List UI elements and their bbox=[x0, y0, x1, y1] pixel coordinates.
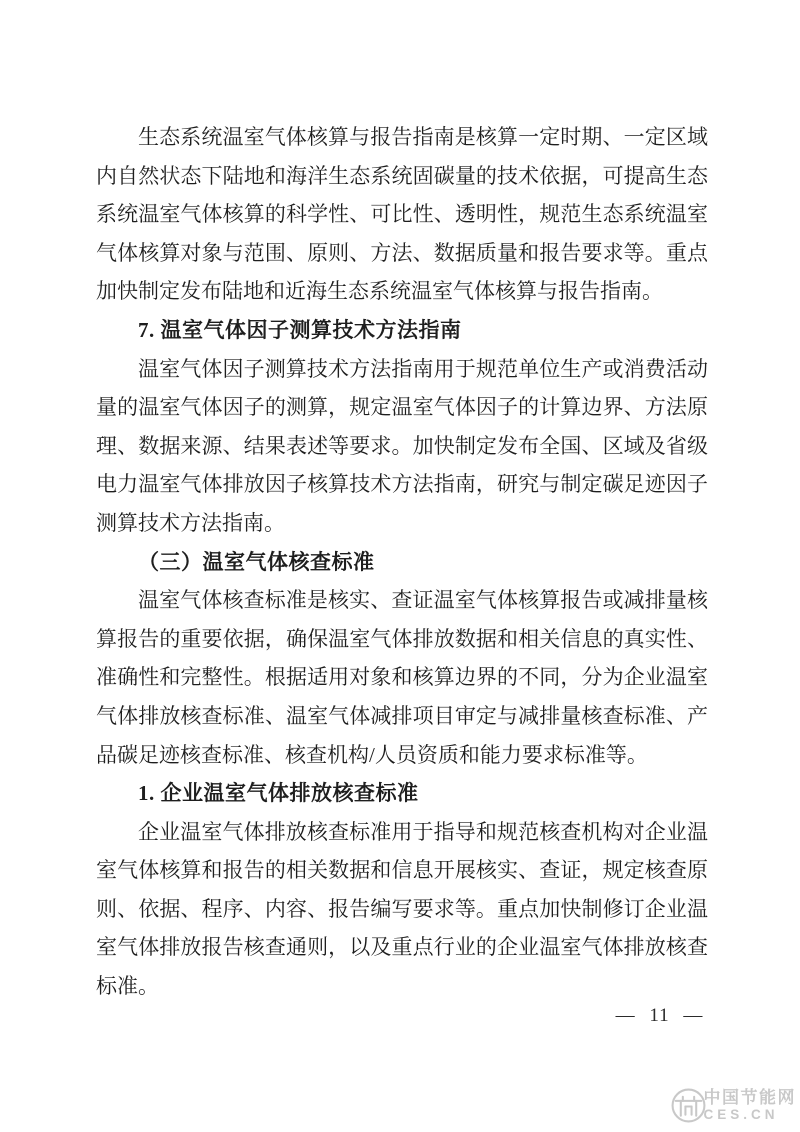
heading-section-1-enterprise-verification: 1. 企业温室气体排放核查标准 bbox=[96, 774, 708, 813]
paragraph-ghg-factor-guide: 温室气体因子测算技术方法指南用于规范单位生产或消费活动量的温室气体因子的测算，规… bbox=[96, 350, 708, 543]
watermark: 中国节能网 CES.CN bbox=[670, 1087, 797, 1124]
paragraph-verification-standards: 温室气体核查标准是核实、查证温室气体核算报告或减排量核算报告的重要依据，确保温室… bbox=[96, 581, 708, 774]
page-number: — 11 — bbox=[597, 1005, 722, 1027]
paragraph-enterprise-verification: 企业温室气体排放核查标准用于指导和规范核查机构对企业温室气体核算和报告的相关数据… bbox=[96, 813, 708, 1006]
scanned-document-page: { "document": { "blocks": [ { "type": "p… bbox=[0, 0, 800, 1132]
heading-section-3-verification-standards: （三）温室气体核查标准 bbox=[96, 543, 708, 582]
watermark-text: 中国节能网 CES.CN bbox=[704, 1089, 797, 1122]
ces-logo-icon bbox=[670, 1087, 707, 1124]
watermark-site-domain: CES.CN bbox=[704, 1108, 797, 1122]
watermark-site-name: 中国节能网 bbox=[704, 1089, 797, 1106]
heading-section-7-ghg-factor-guide: 7. 温室气体因子测算技术方法指南 bbox=[96, 311, 708, 350]
paragraph-ecosystem-accounting-guide: 生态系统温室气体核算与报告指南是核算一定时期、一定区域内自然状态下陆地和海洋生态… bbox=[96, 118, 708, 311]
document-body: 生态系统温室气体核算与报告指南是核算一定时期、一定区域内自然状态下陆地和海洋生态… bbox=[96, 118, 708, 1006]
